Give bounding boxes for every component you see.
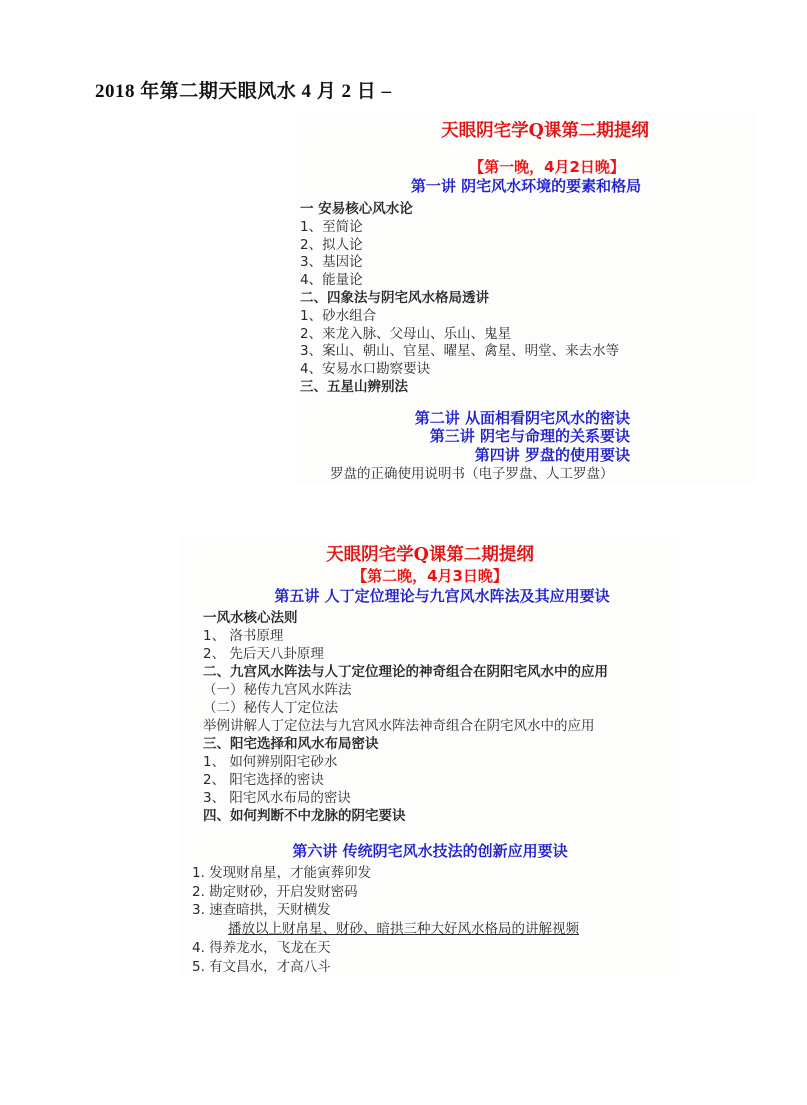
outline-item: 2、 阳宅选择的密诀 [203, 771, 680, 789]
outline-item: 2、来龙入脉、父母山、乐山、鬼星 [300, 326, 755, 344]
session-label-night2: 【第二晚，4月3日晚】 [180, 567, 680, 586]
outline-list-night2: 一风水核心法则 1、 洛书原理 2、 先后天八卦原理 二、九宫风水阵法与人丁定位… [203, 609, 680, 825]
lecture-headings-group: 第二讲 从面相看阴宅风水的密诀 第三讲 阴宅与命理的关系要诀 第四讲 罗盘的使用… [295, 409, 755, 464]
outline-item: 4. 得养龙水，飞龙在天 [192, 939, 680, 958]
session-label-night1: 【第一晚，4月2日晚】 [295, 158, 755, 177]
outline-item: 1、 洛书原理 [203, 627, 680, 645]
outline-item: 举例讲解人丁定位法与九宫风水阵法神奇组合在阴宅风水中的应用 [203, 717, 680, 735]
lecture-6-heading: 第六讲 传统阴宅风水技法的创新应用要诀 [180, 842, 680, 861]
lecture-4-heading: 第四讲 罗盘的使用要诀 [295, 446, 630, 464]
outline-item: （一）秘传九宫风水阵法 [203, 681, 680, 699]
outline-item: 三、阳宅选择和风水布局密诀 [203, 735, 680, 753]
lecture-2-heading: 第二讲 从面相看阴宅风水的密诀 [295, 409, 630, 427]
outline-item: 3. 速查暗拱，天财横发 [192, 901, 680, 920]
outline-item: 2、 先后天八卦原理 [203, 645, 680, 663]
outline-item: 1、 如何辨别阳宅砂水 [203, 753, 680, 771]
course-title: 天眼阴宅学Q课第二期提纲 [295, 113, 755, 141]
outline-item: 1、至简论 [300, 219, 755, 237]
outline-item: 一 安易核心风水论 [300, 201, 755, 219]
lecture-3-heading: 第三讲 阴宅与命理的关系要诀 [295, 427, 630, 445]
outline-item: 四、如何判断不中龙脉的阴宅要诀 [203, 807, 680, 825]
outline-item: 4、安易水口勘察要诀 [300, 361, 755, 379]
outline-item: 4、能量论 [300, 272, 755, 290]
outline-item: 二、四象法与阴宅风水格局透讲 [300, 290, 755, 308]
page-title: 2018 年第二期天眼风水 4 月 2 日 – [95, 76, 392, 103]
outline-item: 三、五星山辨别法 [300, 379, 755, 397]
outline-item: 3、 阳宅风水布局的密诀 [203, 789, 680, 807]
course-title: 天眼阴宅学Q课第二期提纲 [180, 536, 680, 565]
document-page: 2018 年第二期天眼风水 4 月 2 日 – 天眼阴宅学Q课第二期提纲 【第一… [0, 0, 807, 1105]
outline-item: 3、案山、朝山、官星、曜星、禽星、明堂、来去水等 [300, 343, 755, 361]
lecture-5-heading: 第五讲 人丁定位理论与九宫风水阵法及其应用要诀 [180, 587, 680, 606]
outline-item: 1、砂水组合 [300, 308, 755, 326]
compass-manual-note: 罗盘的正确使用说明书（电子罗盘、人工罗盘） [330, 465, 755, 483]
outline-block-night1: 天眼阴宅学Q课第二期提纲 【第一晚，4月2日晚】 第一讲 阴宅风水环境的要素和格… [295, 113, 755, 483]
outline-item: 3、基因论 [300, 254, 755, 272]
outline-item: 2. 勘定财砂，开启发财密码 [192, 883, 680, 902]
outline-item: （二）秘传人丁定位法 [203, 699, 680, 717]
outline-item: 一风水核心法则 [203, 609, 680, 627]
outline-item: 二、九宫风水阵法与人丁定位理论的神奇组合在阴阳宅风水中的应用 [203, 663, 680, 681]
lecture-1-heading: 第一讲 阴宅风水环境的要素和格局 [295, 177, 755, 196]
outline-list-night1: 一 安易核心风水论 1、至简论 2、拟人论 3、基因论 4、能量论 二、四象法与… [300, 201, 755, 397]
outline-item: 5. 有文昌水，才高八斗 [192, 958, 680, 977]
outline-item: 1. 发现财帛星，才能寅葬卯发 [192, 864, 680, 883]
outline-item: 2、拟人论 [300, 237, 755, 255]
video-playback-note: 播放以上财帛星、财砂、暗拱三种大好风水格局的讲解视频 [228, 920, 680, 939]
lecture-6-items: 1. 发现财帛星，才能寅葬卯发 2. 勘定财砂，开启发财密码 3. 速查暗拱，天… [192, 864, 680, 976]
outline-block-night2: 天眼阴宅学Q课第二期提纲 【第二晚，4月3日晚】 第五讲 人丁定位理论与九宫风水… [180, 536, 680, 976]
